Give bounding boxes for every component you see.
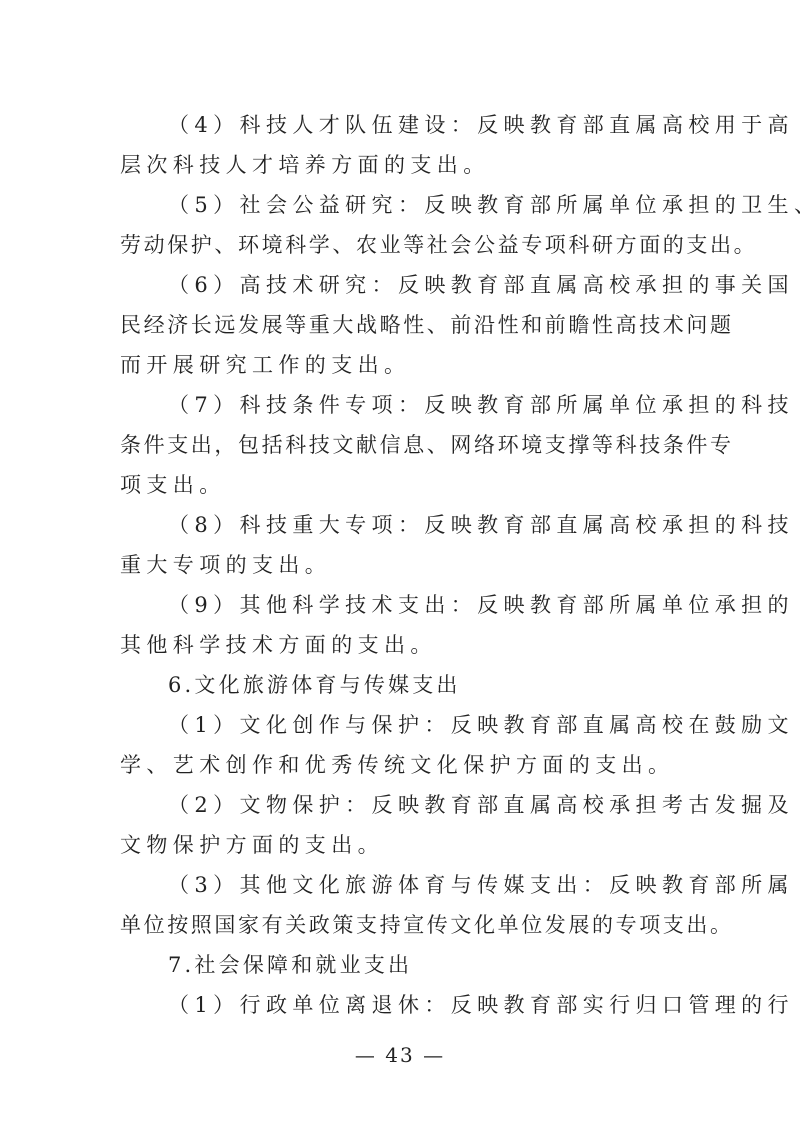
paragraph-line: （3）其他文化旅游体育与传媒支出：反映教育部所属: [120, 865, 680, 905]
paragraph-line: 单位按照国家有关政策支持宣传文化单位发展的专项支出。: [120, 905, 680, 945]
page-number: — 43 —: [0, 1040, 800, 1070]
paragraph-line: （4）科技人才队伍建设：反映教育部直属高校用于高: [120, 105, 680, 145]
paragraph-line: （2）文物保护：反映教育部直属高校承担考古发掘及: [120, 785, 680, 825]
paragraph-line: （6）高技术研究：反映教育部直属高校承担的事关国: [120, 265, 680, 305]
paragraph-line: 重大专项的支出。: [120, 545, 680, 585]
paragraph-line: （1）行政单位离退休：反映教育部实行归口管理的行: [120, 985, 680, 1025]
paragraph-line: 其他科学技术方面的支出。: [120, 625, 680, 665]
paragraph-line: （9）其他科学技术支出：反映教育部所属单位承担的: [120, 585, 680, 625]
paragraph-line: （8）科技重大专项：反映教育部直属高校承担的科技: [120, 505, 680, 545]
paragraph-line: 项支出。: [120, 465, 680, 505]
paragraph-line: 层次科技人才培养方面的支出。: [120, 145, 680, 185]
paragraph-line: 文物保护方面的支出。: [120, 825, 680, 865]
section-heading: 7.社会保障和就业支出: [120, 945, 680, 985]
paragraph-line: 而开展研究工作的支出。: [120, 345, 680, 385]
paragraph-line: （1）文化创作与保护：反映教育部直属高校在鼓励文: [120, 705, 680, 745]
paragraph-line: 民经济长远发展等重大战略性、前沿性和前瞻性高技术问题: [120, 305, 680, 345]
paragraph-line: 条件支出，包括科技文献信息、网络环境支撑等科技条件专: [120, 425, 680, 465]
paragraph-line: （7）科技条件专项：反映教育部所属单位承担的科技: [120, 385, 680, 425]
section-heading: 6.文化旅游体育与传媒支出: [120, 665, 680, 705]
paragraph-line: 学、艺术创作和优秀传统文化保护方面的支出。: [120, 745, 680, 785]
document-page: （4）科技人才队伍建设：反映教育部直属高校用于高 层次科技人才培养方面的支出。 …: [120, 105, 680, 1025]
paragraph-line: （5）社会公益研究：反映教育部所属单位承担的卫生、: [120, 185, 680, 225]
paragraph-line: 劳动保护、环境科学、农业等社会公益专项科研方面的支出。: [120, 225, 680, 265]
